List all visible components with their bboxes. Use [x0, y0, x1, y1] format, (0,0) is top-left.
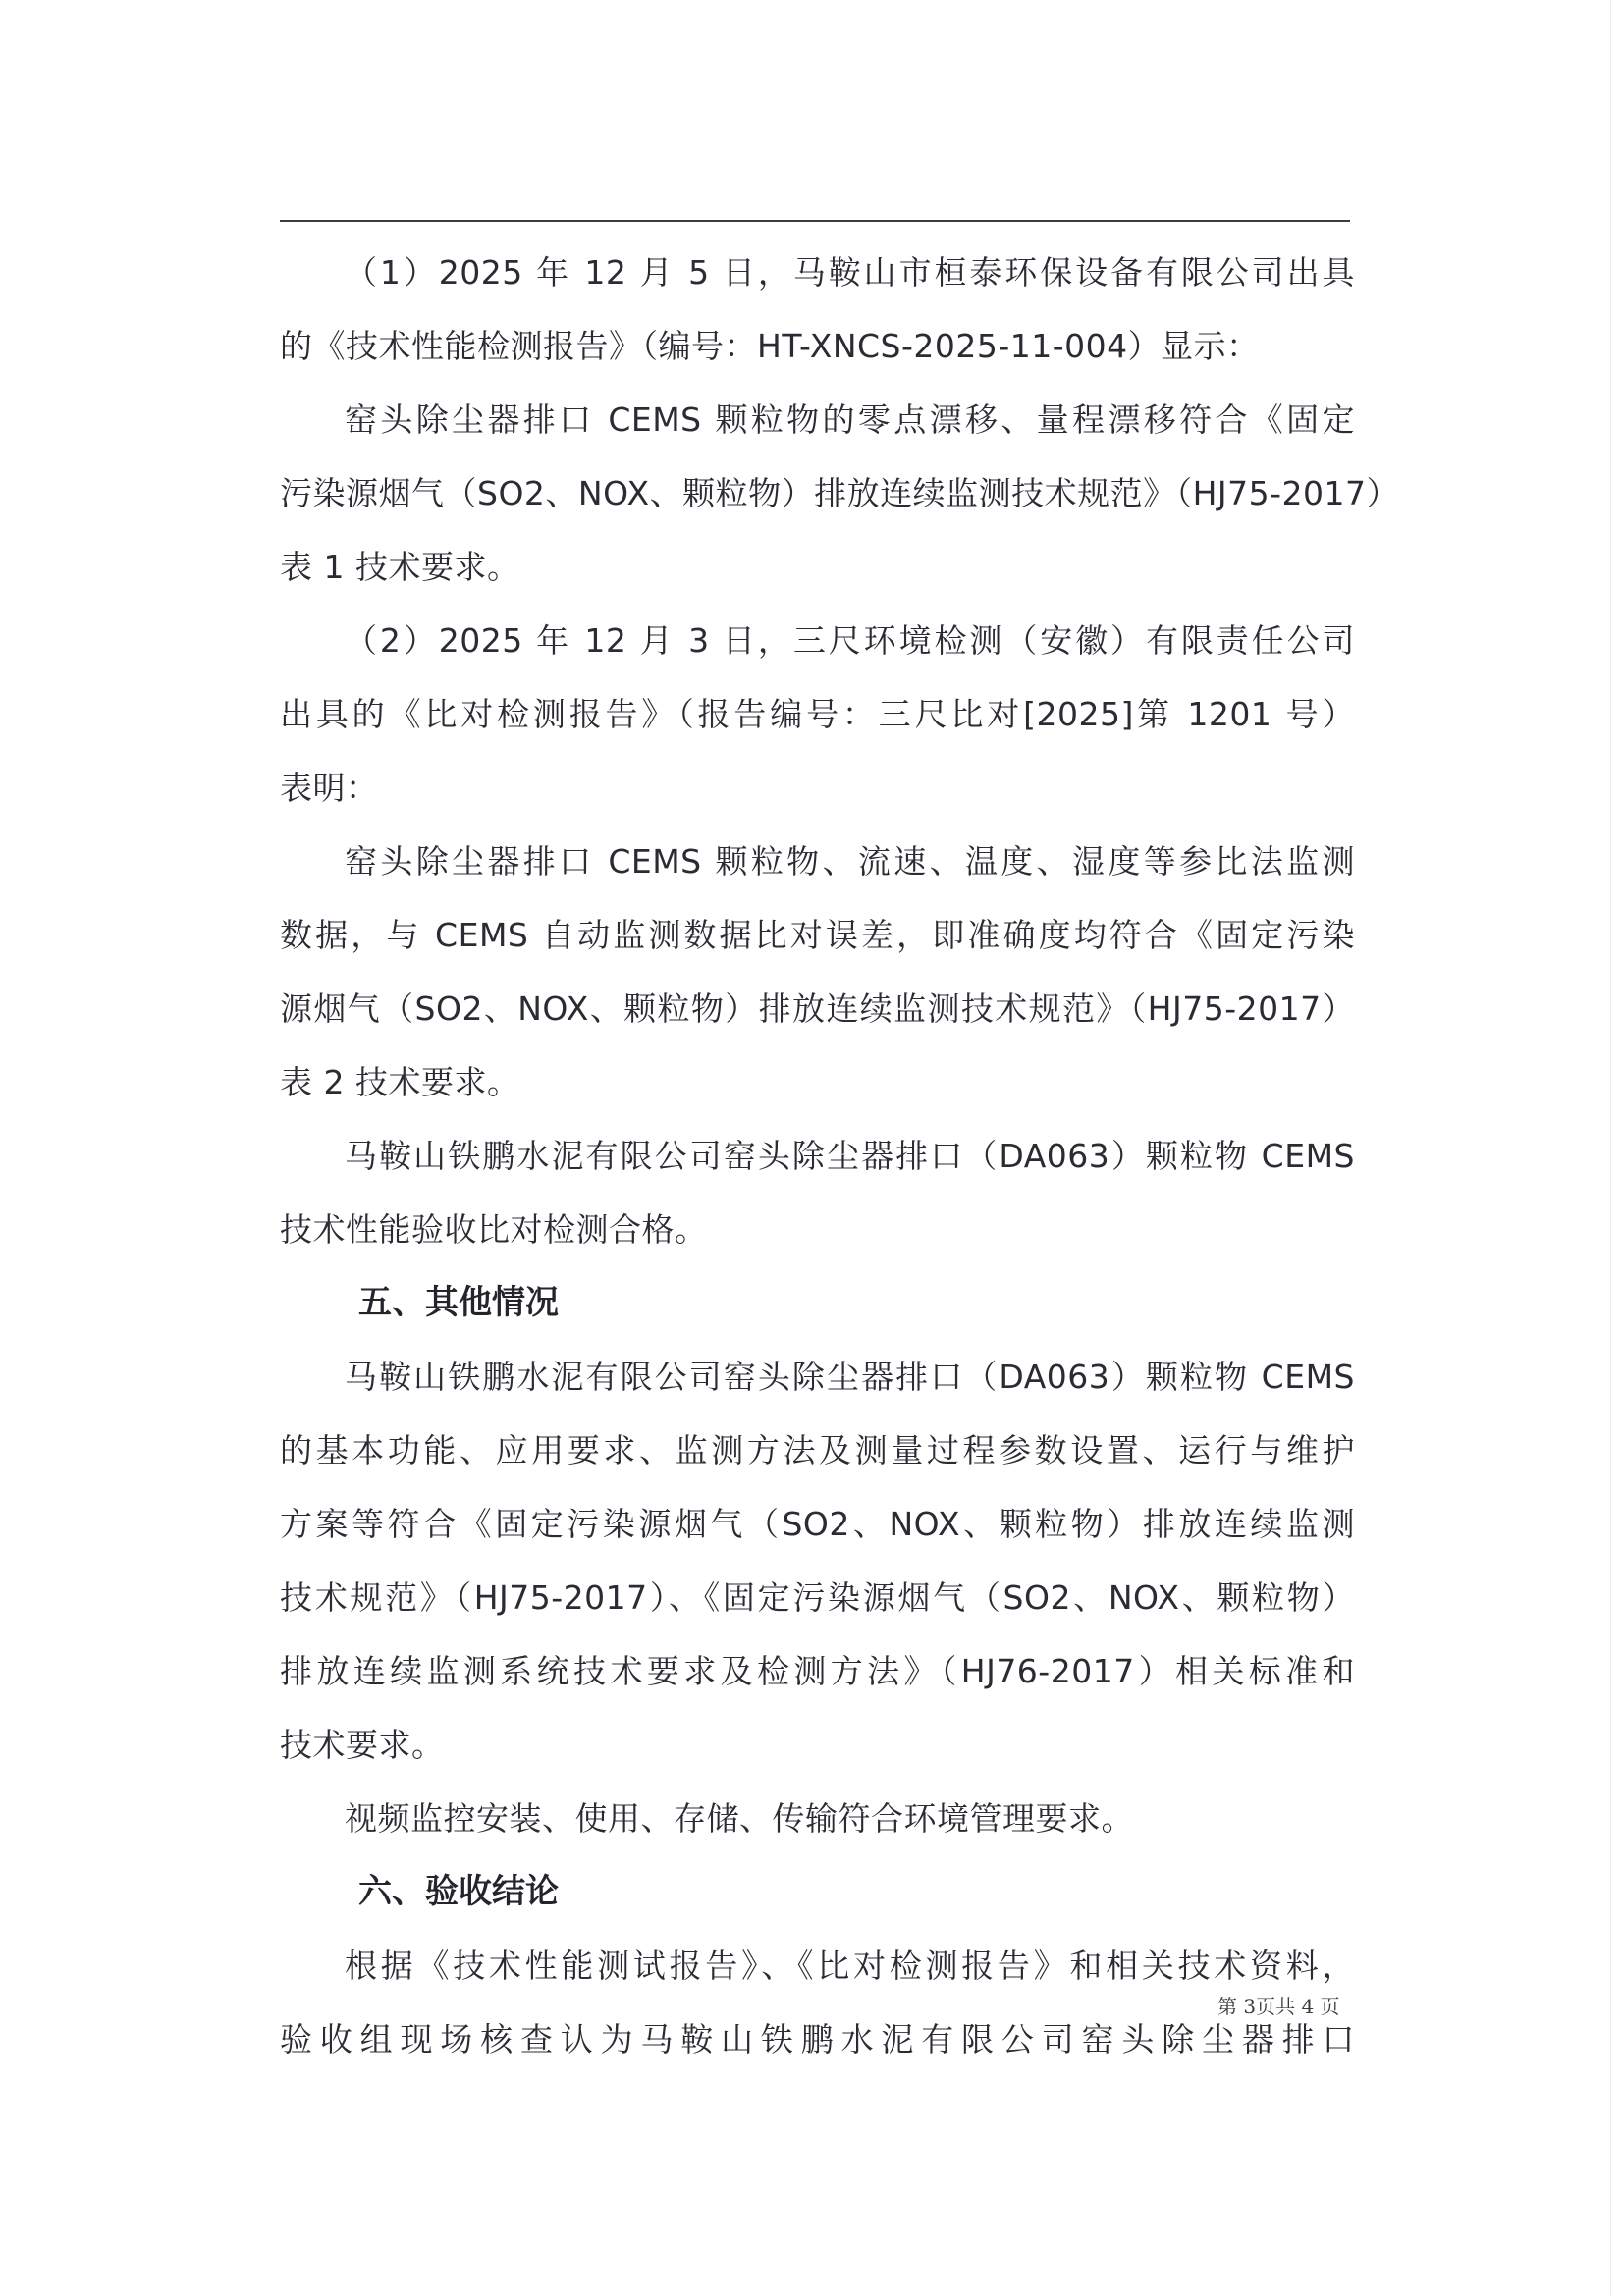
text-line: 窑头除尘器排口 CEMS 颗粒物的零点漂移、量程漂移符合《固定 [280, 383, 1355, 456]
text-line: 的基本功能、应用要求、监测方法及测量过程参数设置、运行与维护 [280, 1414, 1355, 1487]
header-rule [280, 220, 1350, 222]
paragraph-comparison-report-2: （2）2025 年 12 月 3 日，三尺环境检测（安徽）有限责任公司 出具的《… [280, 604, 1355, 825]
text-line: 污染源烟气（SO2、NOX、颗粒物）排放连续监测技术规范》（HJ75-2017） [280, 456, 1355, 530]
text-line: 视频监控安装、使用、存储、传输符合环境管理要求。 [280, 1782, 1355, 1855]
text-line: 表 1 技术要求。 [280, 530, 1355, 604]
text-line: 技术性能验收比对检测合格。 [280, 1193, 1355, 1266]
text-line: （1）2025 年 12 月 5 日，马鞍山市桓泰环保设备有限公司出具 [280, 236, 1355, 309]
text-line: 马鞍山铁鹏水泥有限公司窑头除尘器排口（DA063）颗粒物 CEMS [280, 1340, 1355, 1414]
text-line: 马鞍山铁鹏水泥有限公司窑头除尘器排口（DA063）颗粒物 CEMS [280, 1119, 1355, 1193]
text-line: 排放连续监测系统技术要求及检测方法》（HJ76-2017）相关标准和 [280, 1634, 1355, 1708]
text-line: 根据《技术性能测试报告》、《比对检测报告》和相关技术资料， [280, 1929, 1355, 2002]
text-line: 验收组现场核查认为马鞍山铁鹏水泥有限公司窑头除尘器排口 [280, 2002, 1355, 2076]
text-line: 表明： [280, 751, 1355, 825]
scan-page-edge [1610, 0, 1611, 2296]
page-number: 第 3页共 4 页 [1217, 1991, 1340, 2019]
paragraph-acceptance-pass: 马鞍山铁鹏水泥有限公司窑头除尘器排口（DA063）颗粒物 CEMS 技术性能验收… [280, 1119, 1355, 1266]
paragraph-accuracy-result: 窑头除尘器排口 CEMS 颗粒物、流速、温度、湿度等参比法监测 数据，与 CEM… [280, 825, 1355, 1119]
text-line: 技术要求。 [280, 1708, 1355, 1782]
text-line: 技术规范》（HJ75-2017）、《固定污染源烟气（SO2、NOX、颗粒物） [280, 1561, 1355, 1634]
paragraph-test-report-1: （1）2025 年 12 月 5 日，马鞍山市桓泰环保设备有限公司出具 的《技术… [280, 236, 1355, 383]
section-heading-other: 五、其他情况 [280, 1266, 1355, 1340]
text-line: 窑头除尘器排口 CEMS 颗粒物、流速、温度、湿度等参比法监测 [280, 825, 1355, 898]
text-line: 数据，与 CEMS 自动监测数据比对误差，即准确度均符合《固定污染 [280, 898, 1355, 972]
text-line: （2）2025 年 12 月 3 日，三尺环境检测（安徽）有限责任公司 [280, 604, 1355, 677]
document-body: （1）2025 年 12 月 5 日，马鞍山市桓泰环保设备有限公司出具 的《技术… [280, 236, 1355, 2076]
paragraph-other-compliance: 马鞍山铁鹏水泥有限公司窑头除尘器排口（DA063）颗粒物 CEMS 的基本功能、… [280, 1340, 1355, 1782]
text-line: 源烟气（SO2、NOX、颗粒物）排放连续监测技术规范》（HJ75-2017） [280, 972, 1355, 1045]
text-line: 方案等符合《固定污染源烟气（SO2、NOX、颗粒物）排放连续监测 [280, 1487, 1355, 1561]
section-heading-conclusion: 六、验收结论 [280, 1855, 1355, 1929]
paragraph-video-monitoring: 视频监控安装、使用、存储、传输符合环境管理要求。 [280, 1782, 1355, 1855]
text-line: 表 2 技术要求。 [280, 1045, 1355, 1119]
paragraph-drift-result: 窑头除尘器排口 CEMS 颗粒物的零点漂移、量程漂移符合《固定 污染源烟气（SO… [280, 383, 1355, 604]
text-line: 出具的《比对检测报告》（报告编号：三尺比对[2025]第 1201 号） [280, 677, 1355, 751]
text-line: 的《技术性能检测报告》（编号：HT-XNCS-2025-11-004）显示： [280, 309, 1355, 383]
paragraph-conclusion: 根据《技术性能测试报告》、《比对检测报告》和相关技术资料， 验收组现场核查认为马… [280, 1929, 1355, 2076]
